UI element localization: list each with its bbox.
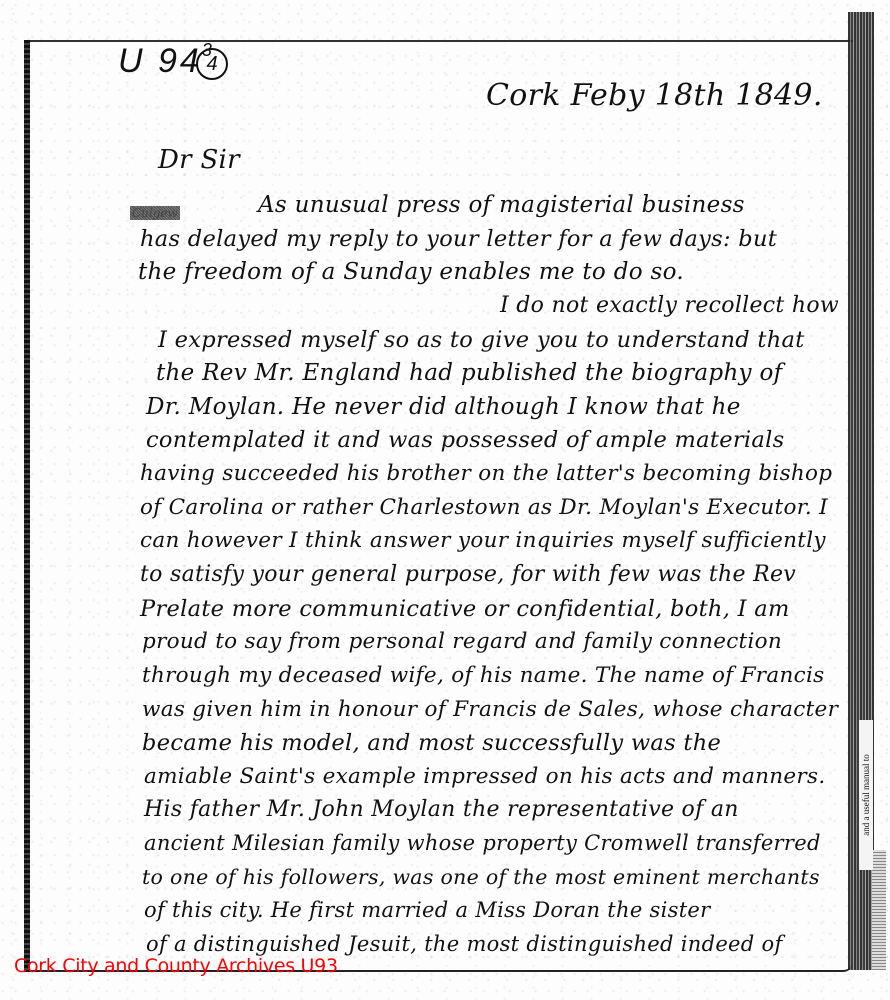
letter-line-1: As unusual press of magisterial business [258, 192, 745, 218]
letter-line-18: amiable Saint's example impressed on his… [144, 764, 825, 789]
letter-line-17: became his model, and most successfully … [142, 730, 721, 756]
date-line: Cork Feby 18th 1849. [486, 78, 823, 113]
letter-line-10: of Carolina or rather Charlestown as Dr.… [140, 495, 828, 520]
letter-line-20: ancient Milesian family whose property C… [144, 831, 821, 855]
letter-line-13: Prelate more communicative or confidenti… [140, 596, 790, 622]
letter-line-11: can however I think answer your inquirie… [140, 528, 826, 553]
letter-line-7: Dr. Moylan. He never did although I know… [146, 394, 741, 420]
letter-line-4: I do not exactly recollect how [500, 293, 839, 318]
letter-line-6: the Rev Mr. England had published the bi… [156, 360, 782, 386]
letter-line-15: through my deceased wife, of his name. T… [142, 663, 825, 688]
letter-line-21: to one of his followers, was one of the … [142, 865, 820, 889]
struck-through-word: Cuigew [130, 206, 180, 220]
folio-number-circled: 4 [196, 48, 228, 80]
archive-watermark: Cork City and County Archives U93 [14, 955, 338, 977]
letter-line-12: to satisfy your general purpose, for wit… [140, 562, 796, 587]
letter-line-9: having succeeded his brother on the latt… [140, 461, 832, 486]
salutation: Dr Sir [158, 145, 240, 175]
letter-line-8: contemplated it and was possessed of amp… [146, 427, 784, 453]
spine-label: and a useful manual to [859, 720, 873, 870]
letter-line-2: has delayed my reply to your letter for … [140, 226, 777, 252]
letter-line-19: His father Mr. John Moylan the represent… [144, 797, 739, 822]
letter-line-16: was given him in honour of Francis de Sa… [142, 697, 838, 722]
letter-line-3: the freedom of a Sunday enables me to do… [138, 259, 684, 285]
letter-line-5: I expressed myself so as to give you to … [158, 327, 805, 353]
letter-line-23: of a distinguished Jesuit, the most dist… [146, 932, 783, 956]
reference-number: U 94 [118, 42, 202, 80]
letter-line-22: of this city. He first married a Miss Do… [144, 898, 711, 922]
letter-line-14: proud to say from personal regard and fa… [142, 629, 782, 654]
spine-shadow [872, 850, 886, 970]
spine-label-text: and a useful manual to [861, 754, 871, 835]
